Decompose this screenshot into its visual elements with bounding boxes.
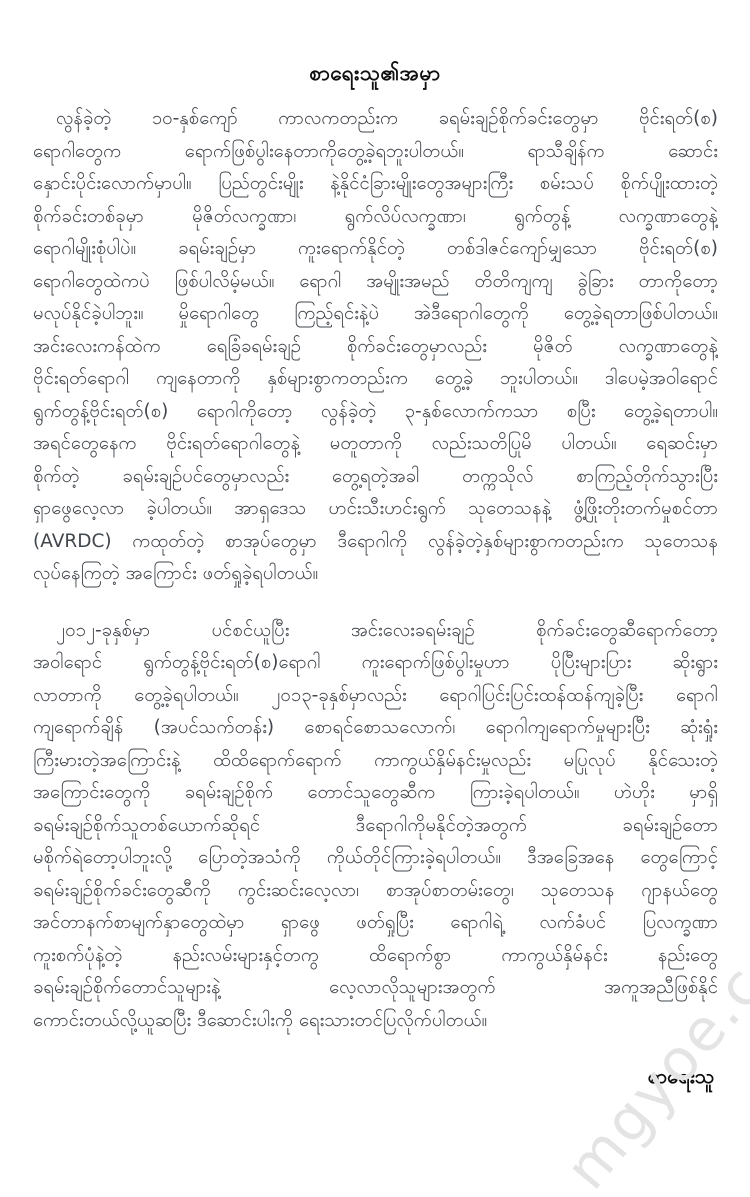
text-line: ခရမ်းချဉ်စိုက်တောင်သူများနဲ့ လေ့လာလိုသူမ… bbox=[33, 972, 718, 1005]
text-line: အဝါရောင် ရွက်တွန့်ဗိုင်းရတ်(စ)ရောဂါ ကူးရ… bbox=[33, 647, 718, 680]
text-line: ဗိုင်းရတ်ရောဂါ ကျနေတာကို နှစ်များစွာကတည်… bbox=[33, 363, 718, 396]
text-line: (AVRDC) ကထုတ်တဲ့ စာအုပ်တွေမှာ ဒီရောဂါကို… bbox=[33, 526, 718, 559]
paragraph-1: လွန်ခဲ့တဲ့ ၁၀-နှစ်ကျော် ကာလကတည်းက ခရမ်းခ… bbox=[33, 103, 718, 591]
document-page: စာရေးသူ၏အမှာ လွန်ခဲ့တဲ့ ၁၀-နှစ်ကျော် ကာလ… bbox=[0, 0, 750, 1197]
text-line: မလုပ်နိုင်ခဲ့ပါဘူး။ မှိုရောဂါတွေ ကြည့်ရင… bbox=[33, 298, 718, 331]
text-line: ရှာဖွေလေ့လာ ခဲ့ပါတယ်။ အာရှဒေသ ဟင်းသီးဟင်… bbox=[33, 493, 718, 526]
text-line: လာတာကို တွေ့ခဲ့ရပါတယ်။ ၂၀၁၃-ခုနှစ်မှာလည်… bbox=[33, 680, 718, 713]
body-text: လွန်ခဲ့တဲ့ ၁၀-နှစ်ကျော် ကာလကတည်းက ခရမ်းခ… bbox=[33, 103, 718, 1037]
text-line: ရောဂါတွေက ရောက်ဖြစ်ပွါးနေတာကိုတွေ့ခဲ့ရဘူ… bbox=[33, 136, 718, 169]
text-line: ရွက်တွန့်ဗိုင်းရတ်(စ) ရောဂါကိုတော့ လွန်ခ… bbox=[33, 396, 718, 429]
text-line: ကောင်းတယ်လို့ယူဆပြီး ဒီဆောင်းပါးကို ရေးသ… bbox=[33, 1005, 718, 1038]
paragraph-2: ၂၀၁၂-ခုနှစ်မှာ ပင်စင်ယူပြီး အင်းလေးခရမ်း… bbox=[33, 615, 718, 1038]
text-line: မစိုက်ရဲတော့ပါဘူးလို့ ပြောတဲ့အသံကို ကိုယ… bbox=[33, 842, 718, 875]
text-line: ကူးစက်ပုံနဲ့တဲ့ နည်းလမ်းများနှင့်တကွ ထိရ… bbox=[33, 940, 718, 973]
text-line: လွန်ခဲ့တဲ့ ၁၀-နှစ်ကျော် ကာလကတည်းက ခရမ်းခ… bbox=[33, 103, 718, 136]
text-line: စိုက်ခင်းတစ်ခုမှာ မိုဇိတ်လက္ခဏာ၊ ရွက်လိပ… bbox=[33, 201, 718, 234]
text-line: လုပ်နေကြတဲ့ အကြောင်း ဖတ်ရှုခဲ့ရပါတယ်။ bbox=[33, 558, 718, 591]
text-line: ရောဂါမျိုးစုံပါပဲ။ ခရမ်းချဉ်မှာ ကူးရောက်… bbox=[33, 233, 718, 266]
text-line: ကြီးမားတဲ့အကြောင်းနဲ့ ထိထိရောက်ရောက် ကာက… bbox=[33, 745, 718, 778]
text-line: ရောဂါတွေထဲကပဲ ဖြစ်ပါလိမ့်မယ်။ ရောဂါ အမျိ… bbox=[33, 266, 718, 299]
text-line: အကြောင်းတွေကို ခရမ်းချဉ်စိုက် တောင်သူတွေ… bbox=[33, 777, 718, 810]
text-line: အင်တာနက်စာမျက်နှာတွေထဲမှာ ရှာဖွေ ဖတ်ရှုပ… bbox=[33, 907, 718, 940]
text-line: ကျရောက်ချိန် (အပင်သက်တန်း) စောရင်စောသလော… bbox=[33, 712, 718, 745]
text-line: ခရမ်းချဉ်စိုက်ခင်းတွေဆီကို ကွင်းဆင်းလေ့လ… bbox=[33, 875, 718, 908]
text-line: နှောင်းပိုင်းလောက်မှာပါ။ ပြည်တွင်းမျိုး … bbox=[33, 168, 718, 201]
text-line: ခရမ်းချဉ်စိုက်သူတစ်ယောက်ဆိုရင် ဒီရောဂါကိ… bbox=[33, 810, 718, 843]
text-line: ၂၀၁၂-ခုနှစ်မှာ ပင်စင်ယူပြီး အင်းလေးခရမ်း… bbox=[33, 615, 718, 648]
paragraph-spacer bbox=[33, 591, 718, 615]
text-line: အင်းလေးကန်ထဲက ရေခြံခရမ်းချဉ် စိုက်ခင်းတွ… bbox=[33, 331, 718, 364]
text-line: အရင်တွေနေက ဗိုင်းရတ်ရောဂါတွေနဲ့ မတူတာကို… bbox=[33, 428, 718, 461]
page-title: စာရေးသူ၏အမှာ bbox=[0, 60, 750, 91]
text-line: စိုက်တဲ့ ခရမ်းချဉ်ပင်တွေမှာလည်း တွေ့ရတဲ့… bbox=[33, 461, 718, 494]
author-signature: စာရေးသူ bbox=[648, 1063, 714, 1093]
